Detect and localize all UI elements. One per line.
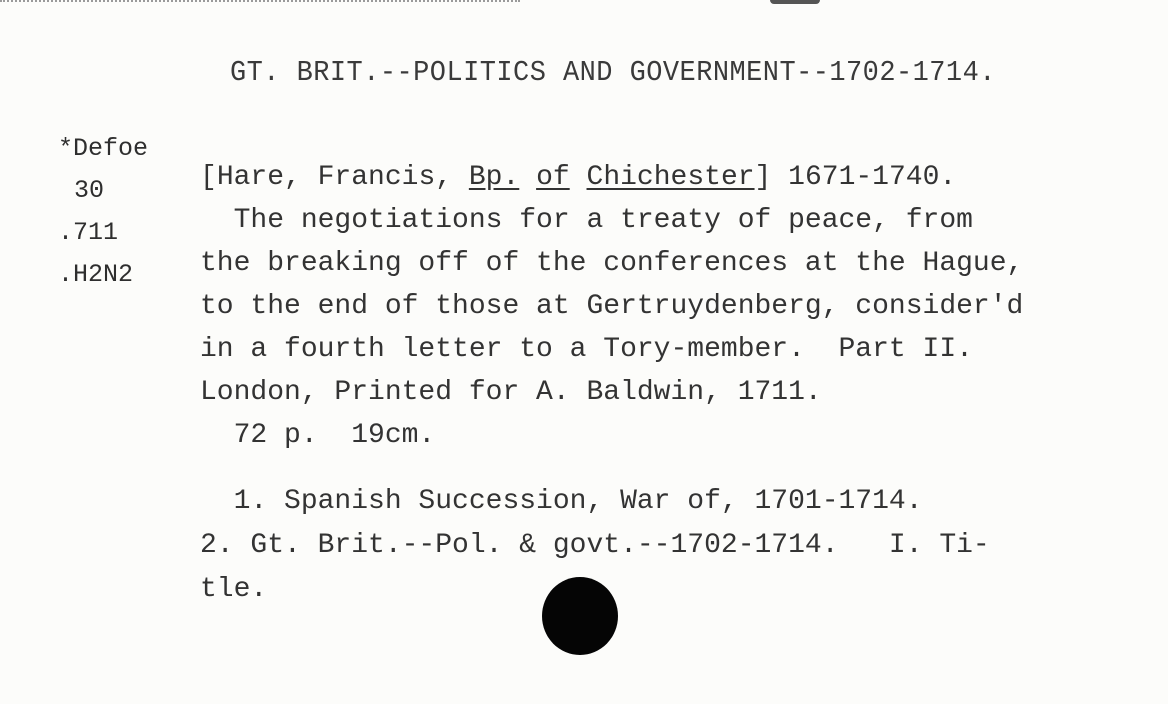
- author-line: [Hare, Francis, Bp. of Chichester] 1671-…: [200, 156, 1023, 199]
- subject-heading: GT. BRIT.--POLITICS AND GOVERNMENT--1702…: [230, 56, 996, 89]
- call-number-line: 30: [58, 170, 148, 212]
- author-title: Chichester: [587, 162, 755, 193]
- author-dates: 1671-1740.: [771, 162, 956, 193]
- title-line: the breaking off of the conferences at t…: [200, 242, 1023, 285]
- call-number-line: *Defoe: [58, 128, 148, 170]
- bracket: ]: [755, 162, 772, 193]
- author-title: Bp.: [469, 162, 519, 193]
- top-edge-dots: [0, 0, 520, 5]
- title-line: to the end of those at Gertruydenberg, c…: [200, 285, 1023, 328]
- title-line: in a fourth letter to a Tory-member. Par…: [200, 328, 1023, 371]
- imprint-line: London, Printed for A. Baldwin, 1711.: [200, 371, 1023, 414]
- collation-line: 72 p. 19cm.: [200, 414, 1023, 457]
- author-title: of: [536, 162, 570, 193]
- title-line: The negotiations for a treaty of peace, …: [200, 199, 1023, 242]
- call-number-line: .H2N2: [58, 254, 148, 296]
- tracing-line: 2. Gt. Brit.--Pol. & govt.--1702-1714. I…: [200, 524, 990, 568]
- punch-hole: [542, 577, 618, 655]
- call-number-line: .711: [58, 212, 148, 254]
- author-name: Hare, Francis,: [217, 162, 469, 193]
- top-edge-mark: [770, 0, 820, 4]
- bibliographic-entry: [Hare, Francis, Bp. of Chichester] 1671-…: [200, 156, 1023, 457]
- tracing-line: 1. Spanish Succession, War of, 1701-1714…: [200, 480, 990, 524]
- call-number: *Defoe 30 .711 .H2N2: [58, 128, 148, 296]
- bracket: [: [200, 162, 217, 193]
- catalog-card: GT. BRIT.--POLITICS AND GOVERNMENT--1702…: [0, 0, 1168, 704]
